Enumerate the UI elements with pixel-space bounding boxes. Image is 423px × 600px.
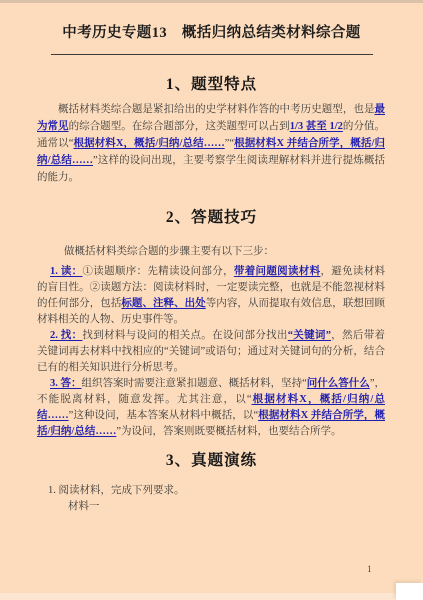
- title-divider: [51, 54, 373, 55]
- text-run: 组织答案时需要注意紧扣题意、概括材料，坚持“: [82, 378, 307, 389]
- page-top-edge: [0, 0, 423, 3]
- text-run: ”为设问，答案则既要概括材料，也要结合所学。: [116, 426, 341, 437]
- document-page: 中考历史专题13 概括归纳总结类材料综合题 1、题型特点 概括材料类综合题是紧扣…: [0, 0, 423, 600]
- skills-step-answer: 3. 答：组织答案时需要注意紧扣题意、概括材料，坚持“问什么答什么”，不能脱离材…: [37, 376, 385, 440]
- page-corner-white: [396, 583, 423, 600]
- page-number: 1: [367, 564, 372, 574]
- section-features-paragraph: 概括材料类综合题是紧扣给出的史学材料作答的中考历史题型，也是最为常见的综合题型。…: [37, 101, 385, 186]
- highlighted-text: 3. 答：: [50, 378, 82, 389]
- section-skills-heading: 2、答题技巧: [0, 205, 423, 227]
- document-title: 中考历史专题13 概括归纳总结类材料综合题: [0, 0, 423, 42]
- text-run: 概括材料类综合题是紧扣给出的史学材料作答的中考历史题型，也是: [58, 104, 375, 115]
- highlighted-text: “关键词”: [288, 330, 331, 341]
- page-bottom-edge: [0, 593, 423, 600]
- text-run: ①读题顺序：先精读设问部分，: [82, 266, 233, 277]
- skills-step-read: 1. 读：①读题顺序：先精读设问部分，带着问题阅读材料，避免读材料的盲目性。②读…: [37, 264, 385, 328]
- skills-step-find: 2. 找：找到材料与设问的相关点。在设问部分找出“关键词”，然后带着关键词再去材…: [37, 328, 385, 376]
- highlighted-text: 根据材料X，概括/归纳/总结……: [73, 138, 224, 149]
- text-run: ”“: [225, 138, 234, 149]
- text-run: 的综合题型。在综合题部分，这类题型可以占到: [69, 121, 290, 132]
- skills-intro: 做概括材料类综合题的步骤主要有以下三步：: [37, 243, 385, 260]
- practice-question-item: 1. 阅读材料，完成下列要求。: [48, 483, 385, 499]
- highlighted-text: 1. 读：: [50, 266, 82, 277]
- highlighted-text: 带着问题阅读材料: [234, 266, 321, 277]
- highlighted-text: 1/3 甚至 1/2: [290, 121, 343, 132]
- section-features-heading: 1、题型特点: [0, 72, 423, 94]
- highlighted-text: 标题、注释、出处: [121, 298, 205, 309]
- highlighted-text: 问什么答什么: [307, 378, 370, 389]
- section-practice-heading: 3、真题演练: [0, 448, 423, 470]
- text-run: 找到材料与设问的相关点。在设问部分找出: [82, 330, 287, 341]
- material-one-label: 材料一: [68, 499, 385, 515]
- highlighted-text: 2. 找：: [50, 330, 82, 341]
- text-run: ”这种设问，基本答案从材料中概括，以“: [69, 410, 259, 421]
